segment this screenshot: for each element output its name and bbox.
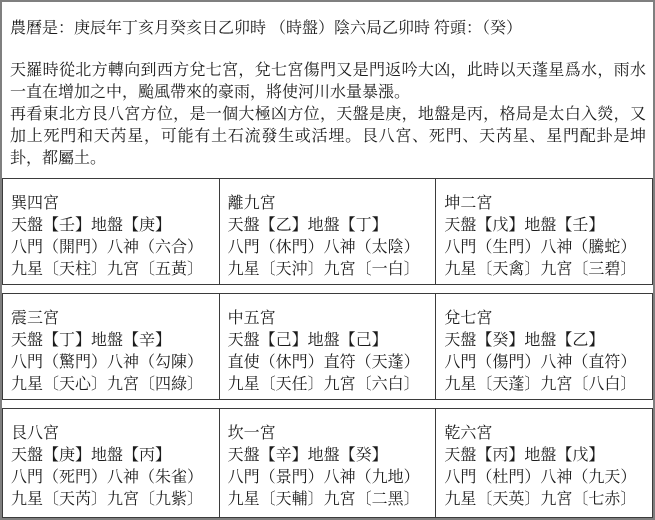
heaven-earth-plates: 天盤【壬】地盤【庚】 xyxy=(11,215,213,237)
palace-cell-center-5: 中五宮 天盤【己】地盤【己】 直使（休門）直符（天蓬） 九星〔天任〕九宮〔六白〕 xyxy=(219,294,436,399)
palace-cell-kan-1: 坎一宮 天盤【辛】地盤【癸】 八門（景門）八神（九地） 九星〔天輔〕九宮〔二黑〕 xyxy=(219,409,436,517)
heaven-earth-plates: 天盤【乙】地盤【丁】 xyxy=(228,215,430,237)
lunar-date-line: 農曆是：庚辰年丁亥月癸亥日乙卯時 （時盤）陰六局乙卯時 符頭：（癸） xyxy=(10,18,646,40)
door-deity-line: 八門（開門）八神（六合） xyxy=(11,237,213,259)
star-palace-line: 九星〔天任〕九宮〔六白〕 xyxy=(228,374,430,396)
text-section: 農曆是：庚辰年丁亥月癸亥日乙卯時 （時盤）陰六局乙卯時 符頭：（癸） 天羅時從北… xyxy=(2,2,653,170)
palace-cell-gen-8: 艮八宮 天盤【庚】地盤【丙】 八門（死門）八神（朱雀） 九星〔天芮〕九宮〔九紫〕 xyxy=(3,409,219,517)
palace-name: 離九宮 xyxy=(228,193,430,215)
heaven-earth-plates: 天盤【丁】地盤【辛】 xyxy=(11,330,213,352)
analysis-paragraph-2: 再看東北方艮八宮方位，是一個大極凶方位，天盤是庚，地盤是丙，格局是太白入熒，又加… xyxy=(10,104,646,170)
door-deity-line: 八門（景門）八神（九地） xyxy=(228,467,430,489)
palace-name: 震三宮 xyxy=(11,308,213,330)
star-palace-line: 九星〔天心〕九宮〔四綠〕 xyxy=(11,374,213,396)
heaven-earth-plates: 天盤【己】地盤【己】 xyxy=(228,330,430,352)
palace-name: 坤二宮 xyxy=(444,193,646,215)
door-deity-line: 八門（杜門）八神（九天） xyxy=(444,467,646,489)
heaven-earth-plates: 天盤【癸】地盤【乙】 xyxy=(444,330,646,352)
star-palace-line: 九星〔天柱〕九宮〔五黃〕 xyxy=(11,259,213,281)
analysis-paragraph-1: 天羅時從北方轉向到西方兌七宮，兌七宮傷門又是門返吟大凶，此時以天蓬星爲水，雨水一… xyxy=(10,60,646,104)
palace-cell-dui-7: 兌七宮 天盤【癸】地盤【乙】 八門（傷門）八神（直符） 九星〔天蓬〕九宮〔八白〕 xyxy=(435,294,652,399)
door-deity-line: 直使（休門）直符（天蓬） xyxy=(228,352,430,374)
star-palace-line: 九星〔天輔〕九宮〔二黑〕 xyxy=(228,489,430,511)
palace-grid-row-middle: 震三宮 天盤【丁】地盤【辛】 八門（驚門）八神（勾陳） 九星〔天心〕九宮〔四綠〕… xyxy=(2,293,653,400)
palace-name: 巽四宮 xyxy=(11,193,213,215)
star-palace-line: 九星〔天英〕九宮〔七赤〕 xyxy=(444,489,646,511)
palace-name: 中五宮 xyxy=(228,308,430,330)
palace-grid: 巽四宮 天盤【壬】地盤【庚】 八門（開門）八神（六合） 九星〔天柱〕九宮〔五黃〕… xyxy=(2,178,653,518)
door-deity-line: 八門（生門）八神（騰蛇） xyxy=(444,237,646,259)
palace-cell-xun-4: 巽四宮 天盤【壬】地盤【庚】 八門（開門）八神（六合） 九星〔天柱〕九宮〔五黃〕 xyxy=(3,179,219,284)
palace-name: 兌七宮 xyxy=(444,308,646,330)
palace-name: 乾六宮 xyxy=(444,423,646,445)
palace-grid-row-top: 巽四宮 天盤【壬】地盤【庚】 八門（開門）八神（六合） 九星〔天柱〕九宮〔五黃〕… xyxy=(2,178,653,285)
palace-cell-li-9: 離九宮 天盤【乙】地盤【丁】 八門（休門）八神（太陰） 九星〔天沖〕九宮〔一白〕 xyxy=(219,179,436,284)
door-deity-line: 八門（傷門）八神（直符） xyxy=(444,352,646,374)
door-deity-line: 八門（驚門）八神（勾陳） xyxy=(11,352,213,374)
door-deity-line: 八門（休門）八神（太陰） xyxy=(228,237,430,259)
palace-name: 艮八宮 xyxy=(11,423,213,445)
heaven-earth-plates: 天盤【丙】地盤【戊】 xyxy=(444,445,646,467)
palace-cell-zhen-3: 震三宮 天盤【丁】地盤【辛】 八門（驚門）八神（勾陳） 九星〔天心〕九宮〔四綠〕 xyxy=(3,294,219,399)
heaven-earth-plates: 天盤【辛】地盤【癸】 xyxy=(228,445,430,467)
star-palace-line: 九星〔天芮〕九宮〔九紫〕 xyxy=(11,489,213,511)
palace-cell-qian-6: 乾六宮 天盤【丙】地盤【戊】 八門（杜門）八神（九天） 九星〔天英〕九宮〔七赤〕 xyxy=(435,409,652,517)
palace-grid-row-bottom: 艮八宮 天盤【庚】地盤【丙】 八門（死門）八神（朱雀） 九星〔天芮〕九宮〔九紫〕… xyxy=(2,408,653,518)
heaven-earth-plates: 天盤【庚】地盤【丙】 xyxy=(11,445,213,467)
palace-name: 坎一宮 xyxy=(228,423,430,445)
star-palace-line: 九星〔天禽〕九宮〔三碧〕 xyxy=(444,259,646,281)
door-deity-line: 八門（死門）八神（朱雀） xyxy=(11,467,213,489)
star-palace-line: 九星〔天蓬〕九宮〔八白〕 xyxy=(444,374,646,396)
palace-cell-kun-2: 坤二宮 天盤【戊】地盤【壬】 八門（生門）八神（騰蛇） 九星〔天禽〕九宮〔三碧〕 xyxy=(435,179,652,284)
qimen-chart-document: 農曆是：庚辰年丁亥月癸亥日乙卯時 （時盤）陰六局乙卯時 符頭：（癸） 天羅時從北… xyxy=(0,0,655,520)
heaven-earth-plates: 天盤【戊】地盤【壬】 xyxy=(444,215,646,237)
analysis-text: 天羅時從北方轉向到西方兌七宮，兌七宮傷門又是門返吟大凶，此時以天蓬星爲水，雨水一… xyxy=(10,60,646,170)
star-palace-line: 九星〔天沖〕九宮〔一白〕 xyxy=(228,259,430,281)
